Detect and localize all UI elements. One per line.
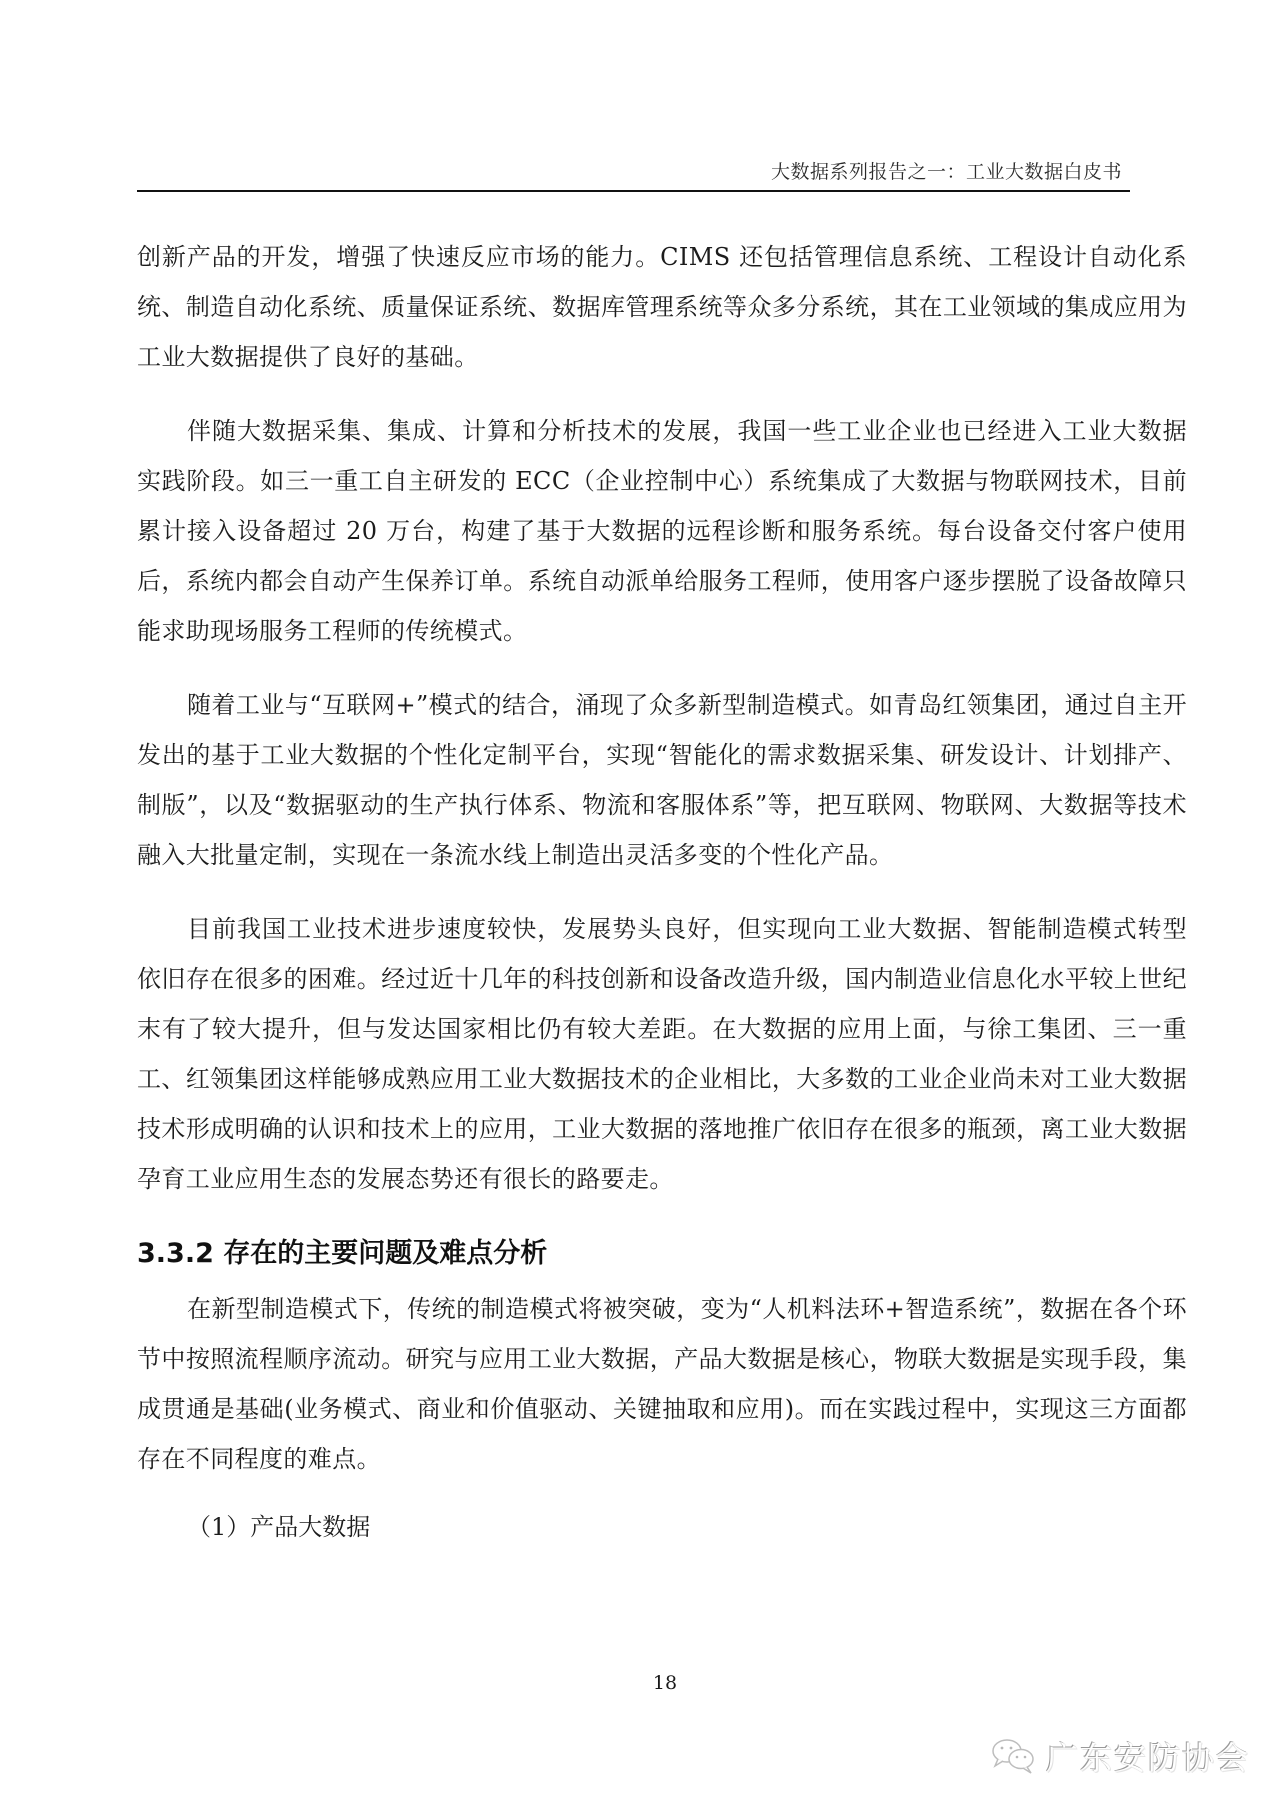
paragraph-section-intro: 在新型制造模式下，传统的制造模式将被突破，变为“人机料法环+智造系统”，数据在各…: [137, 1284, 1187, 1484]
sub-item-product-big-data: （1）产品大数据: [187, 1502, 1187, 1552]
watermark: 广东安防协会: [990, 1733, 1250, 1779]
section-heading: 3.3.2 存在的主要问题及难点分析: [137, 1234, 1187, 1274]
page-header: 大数据系列报告之一：工业大数据白皮书: [137, 148, 1130, 192]
paragraph-current-status: 目前我国工业技术进步速度较快，发展势头良好，但实现向工业大数据、智能制造模式转型…: [137, 904, 1187, 1204]
page-body: 创新产品的开发，增强了快速反应市场的能力。CIMS 还包括管理信息系统、工程设计…: [137, 232, 1187, 1552]
running-header-title: 大数据系列报告之一：工业大数据白皮书: [771, 157, 1122, 184]
wechat-bubble-icon: [990, 1736, 1038, 1776]
paragraph-redcollar: 随着工业与“互联网+”模式的结合，涌现了众多新型制造模式。如青岛红领集团，通过自…: [137, 680, 1187, 880]
paragraph-cims: 创新产品的开发，增强了快速反应市场的能力。CIMS 还包括管理信息系统、工程设计…: [137, 232, 1187, 382]
page-number: 18: [0, 1672, 1280, 1694]
watermark-text: 广东安防协会: [1046, 1733, 1250, 1779]
paragraph-sany-ecc: 伴随大数据采集、集成、计算和分析技术的发展，我国一些工业企业也已经进入工业大数据…: [137, 406, 1187, 656]
